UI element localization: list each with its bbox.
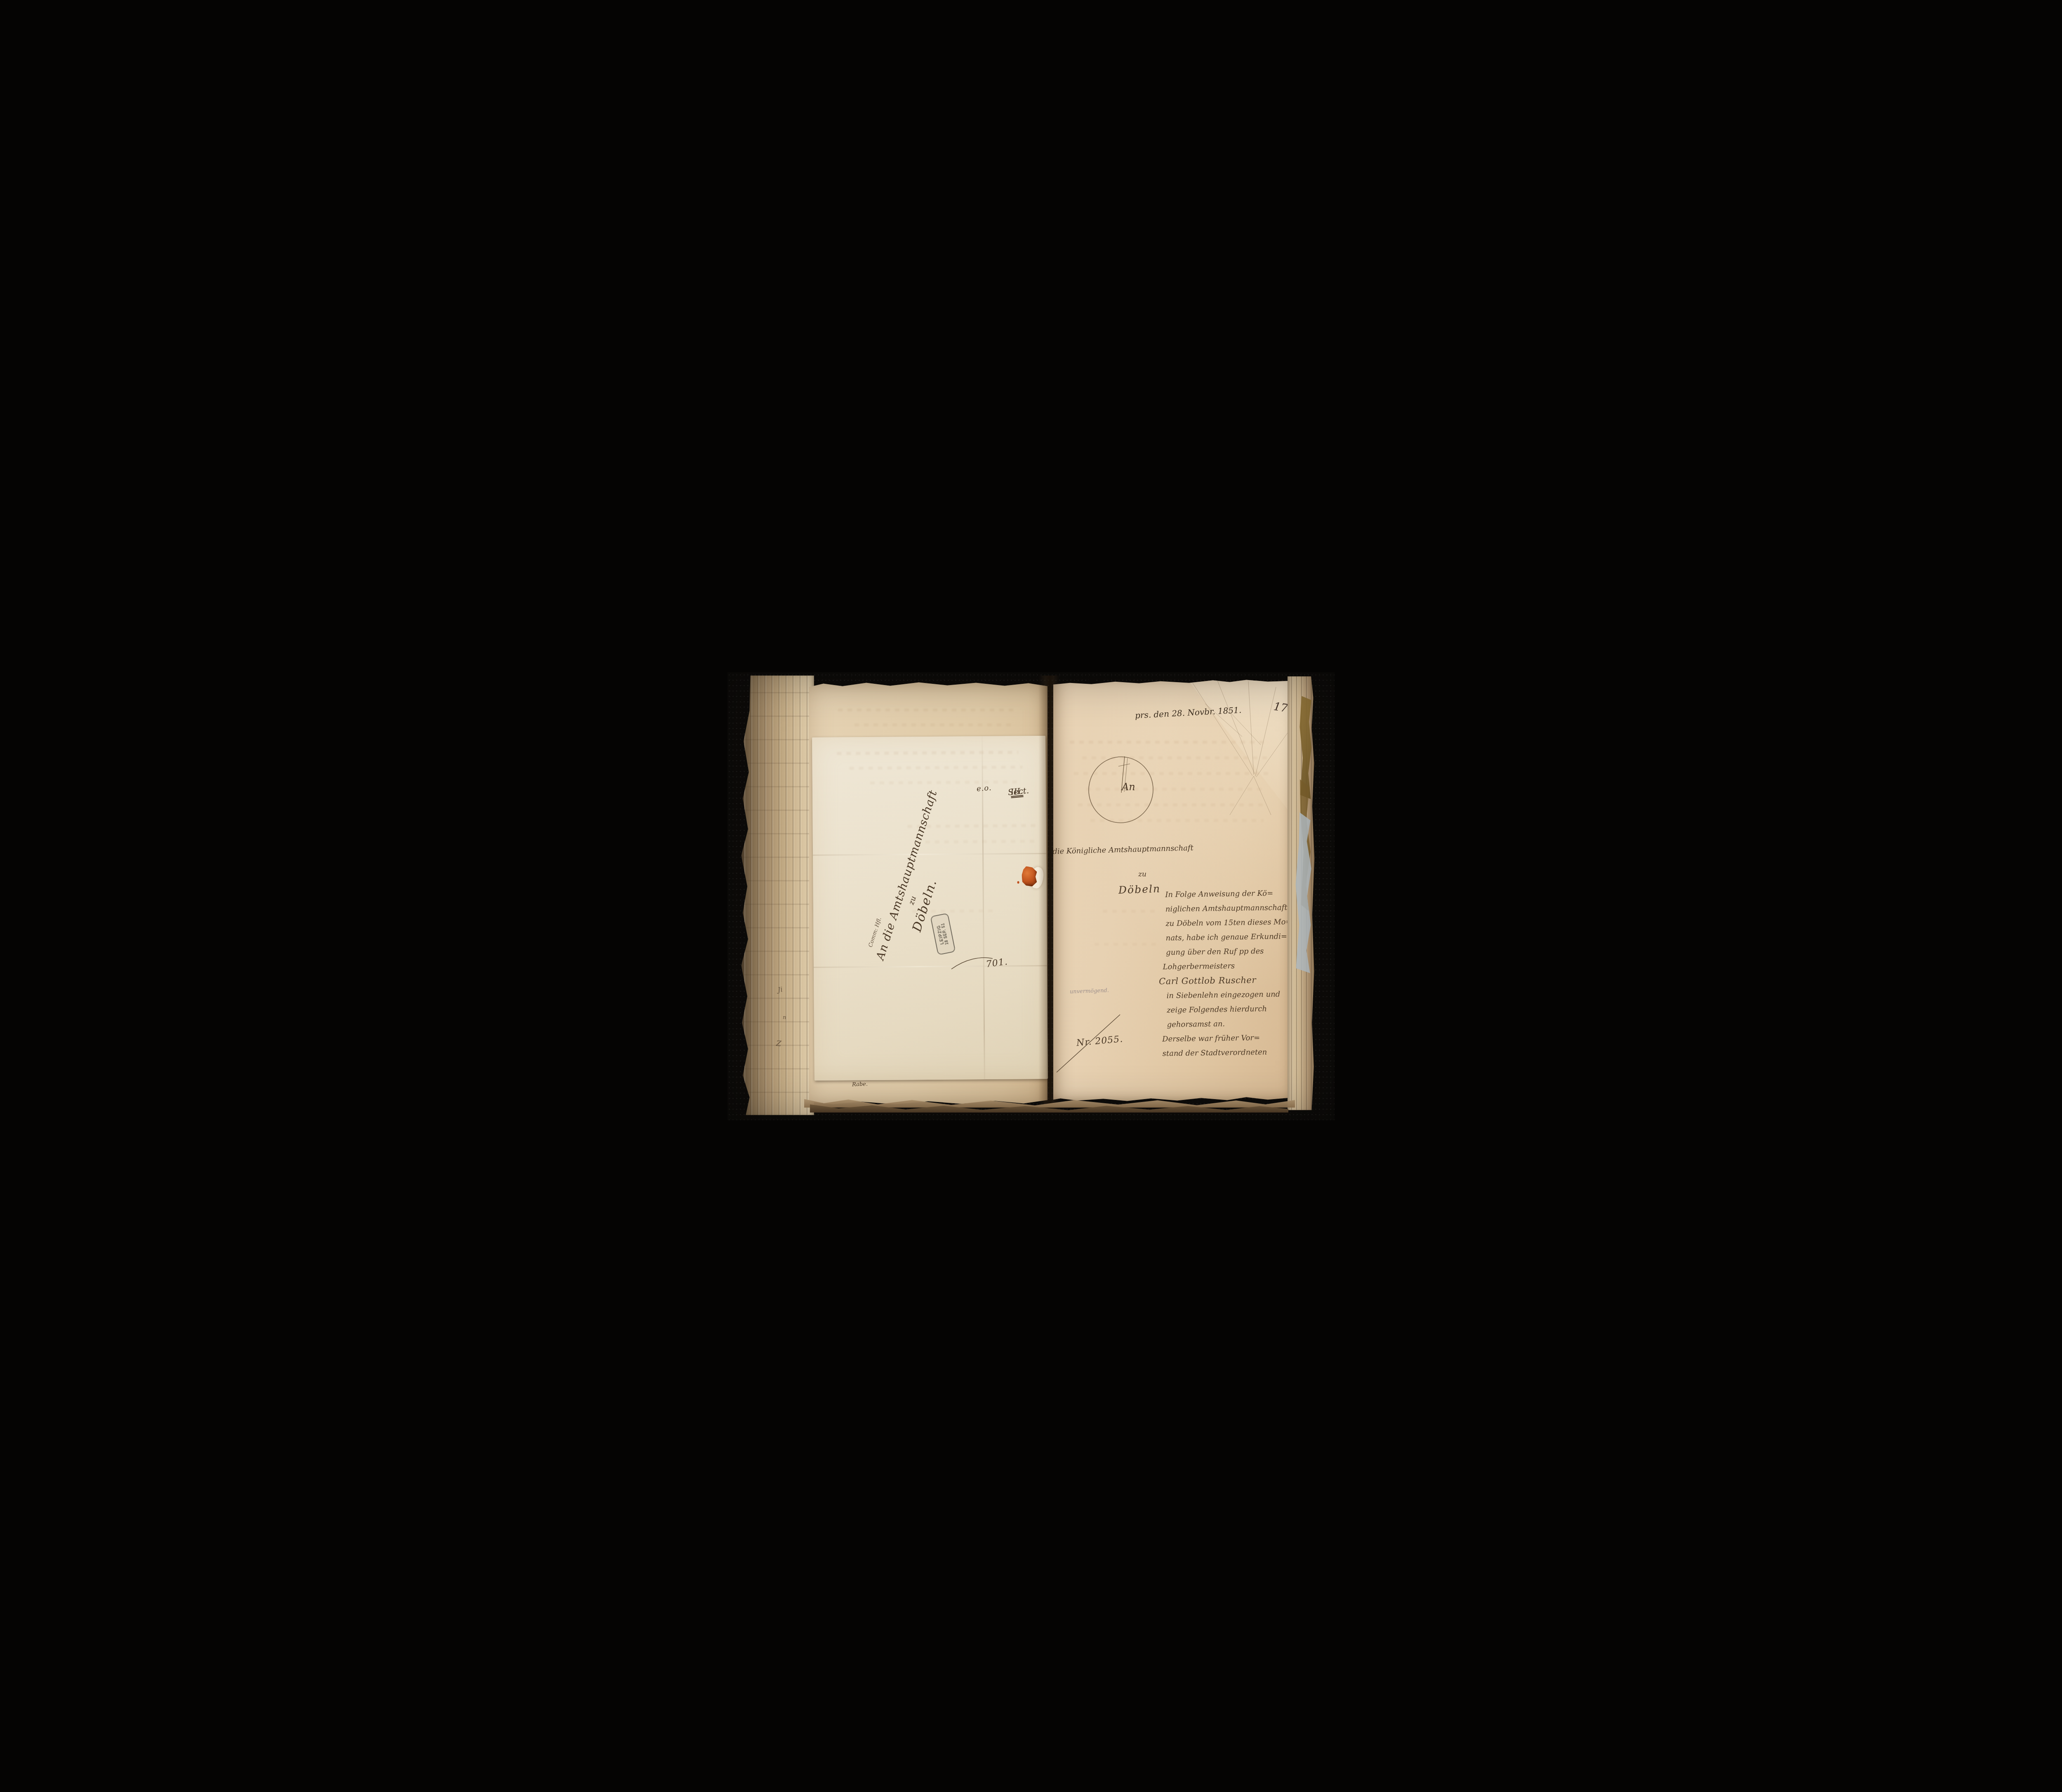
body-line: Derselbe war früher Vor= bbox=[1162, 1030, 1295, 1046]
tissue-interleaf-edge bbox=[1294, 812, 1312, 973]
bleed-through-line bbox=[1095, 943, 1156, 946]
crease-lines bbox=[1168, 679, 1292, 815]
letter-body: In Folge Anweisung der Kö= niglichen Amt… bbox=[1165, 885, 1295, 1060]
clerk-note: Rabe. bbox=[852, 1081, 868, 1088]
address-an-initial: An bbox=[1122, 781, 1135, 793]
section-roman: III. bbox=[1010, 786, 1023, 797]
right-page-edge-stack bbox=[1288, 676, 1316, 1110]
right-letter-page: prs. den 28. Novbr. 1851. 177. An die Kö… bbox=[1053, 679, 1292, 1102]
left-page-edge-stack: Ji n Z bbox=[738, 676, 814, 1115]
address-line-place: Döbeln bbox=[1118, 883, 1161, 896]
section-note: Sect. III. bbox=[1007, 787, 1011, 797]
disposal-note: e.o. bbox=[976, 783, 992, 793]
body-line: stand der Stadtverordneten bbox=[1162, 1044, 1295, 1060]
body-line: Lohgerbermeisters bbox=[1163, 958, 1294, 974]
body-line: gehorsamst an. bbox=[1167, 1015, 1295, 1031]
folded-letter-address-side: e.o. Sect. III. Comm: Hfl. An die Amtsha… bbox=[812, 736, 1048, 1081]
an-flourish-ellipse bbox=[1085, 755, 1156, 825]
body-line-name: Carl Gottlob Ruscher bbox=[1159, 972, 1294, 989]
wax-speck-icon bbox=[1017, 881, 1019, 883]
body-line: nats, habe ich genaue Erkundi= bbox=[1166, 929, 1294, 945]
bleed-through-line bbox=[854, 723, 1011, 726]
archival-book-scan: Ji n Z Rabe. e.o. Sect. III. Comm: Hfl. … bbox=[727, 672, 1335, 1120]
bleed-through-line bbox=[838, 709, 1015, 711]
body-line: in Siebenlehn eingezogen und bbox=[1167, 987, 1295, 1003]
body-line: In Folge Anweisung der Kö= bbox=[1165, 885, 1293, 902]
address-line-zu: zu bbox=[1138, 870, 1146, 878]
address-line-authority: die Königliche Amtshauptmannschaft bbox=[1051, 843, 1195, 856]
body-line: zeige Folgendes hierdurch bbox=[1167, 1001, 1295, 1017]
edge-writing-fragment: Ji bbox=[777, 985, 783, 994]
body-line: gung über den Ruf pp des bbox=[1166, 943, 1294, 959]
body-line: zu Döbeln vom 15ten dieses Mo= bbox=[1165, 914, 1293, 930]
bleed-through-line bbox=[1070, 741, 1264, 744]
bleed-through-line bbox=[837, 751, 1018, 755]
pencil-margin-note: unvermögend. bbox=[1070, 987, 1109, 995]
body-line: niglichen Amtshauptmannschaft bbox=[1165, 900, 1293, 916]
edge-writing-fragment: Z bbox=[776, 1039, 781, 1048]
bleed-through-line bbox=[850, 765, 1023, 770]
bleed-through-line bbox=[870, 780, 1019, 784]
edge-writing-fragment: n bbox=[783, 1015, 786, 1021]
bleed-through-line bbox=[1103, 910, 1156, 913]
